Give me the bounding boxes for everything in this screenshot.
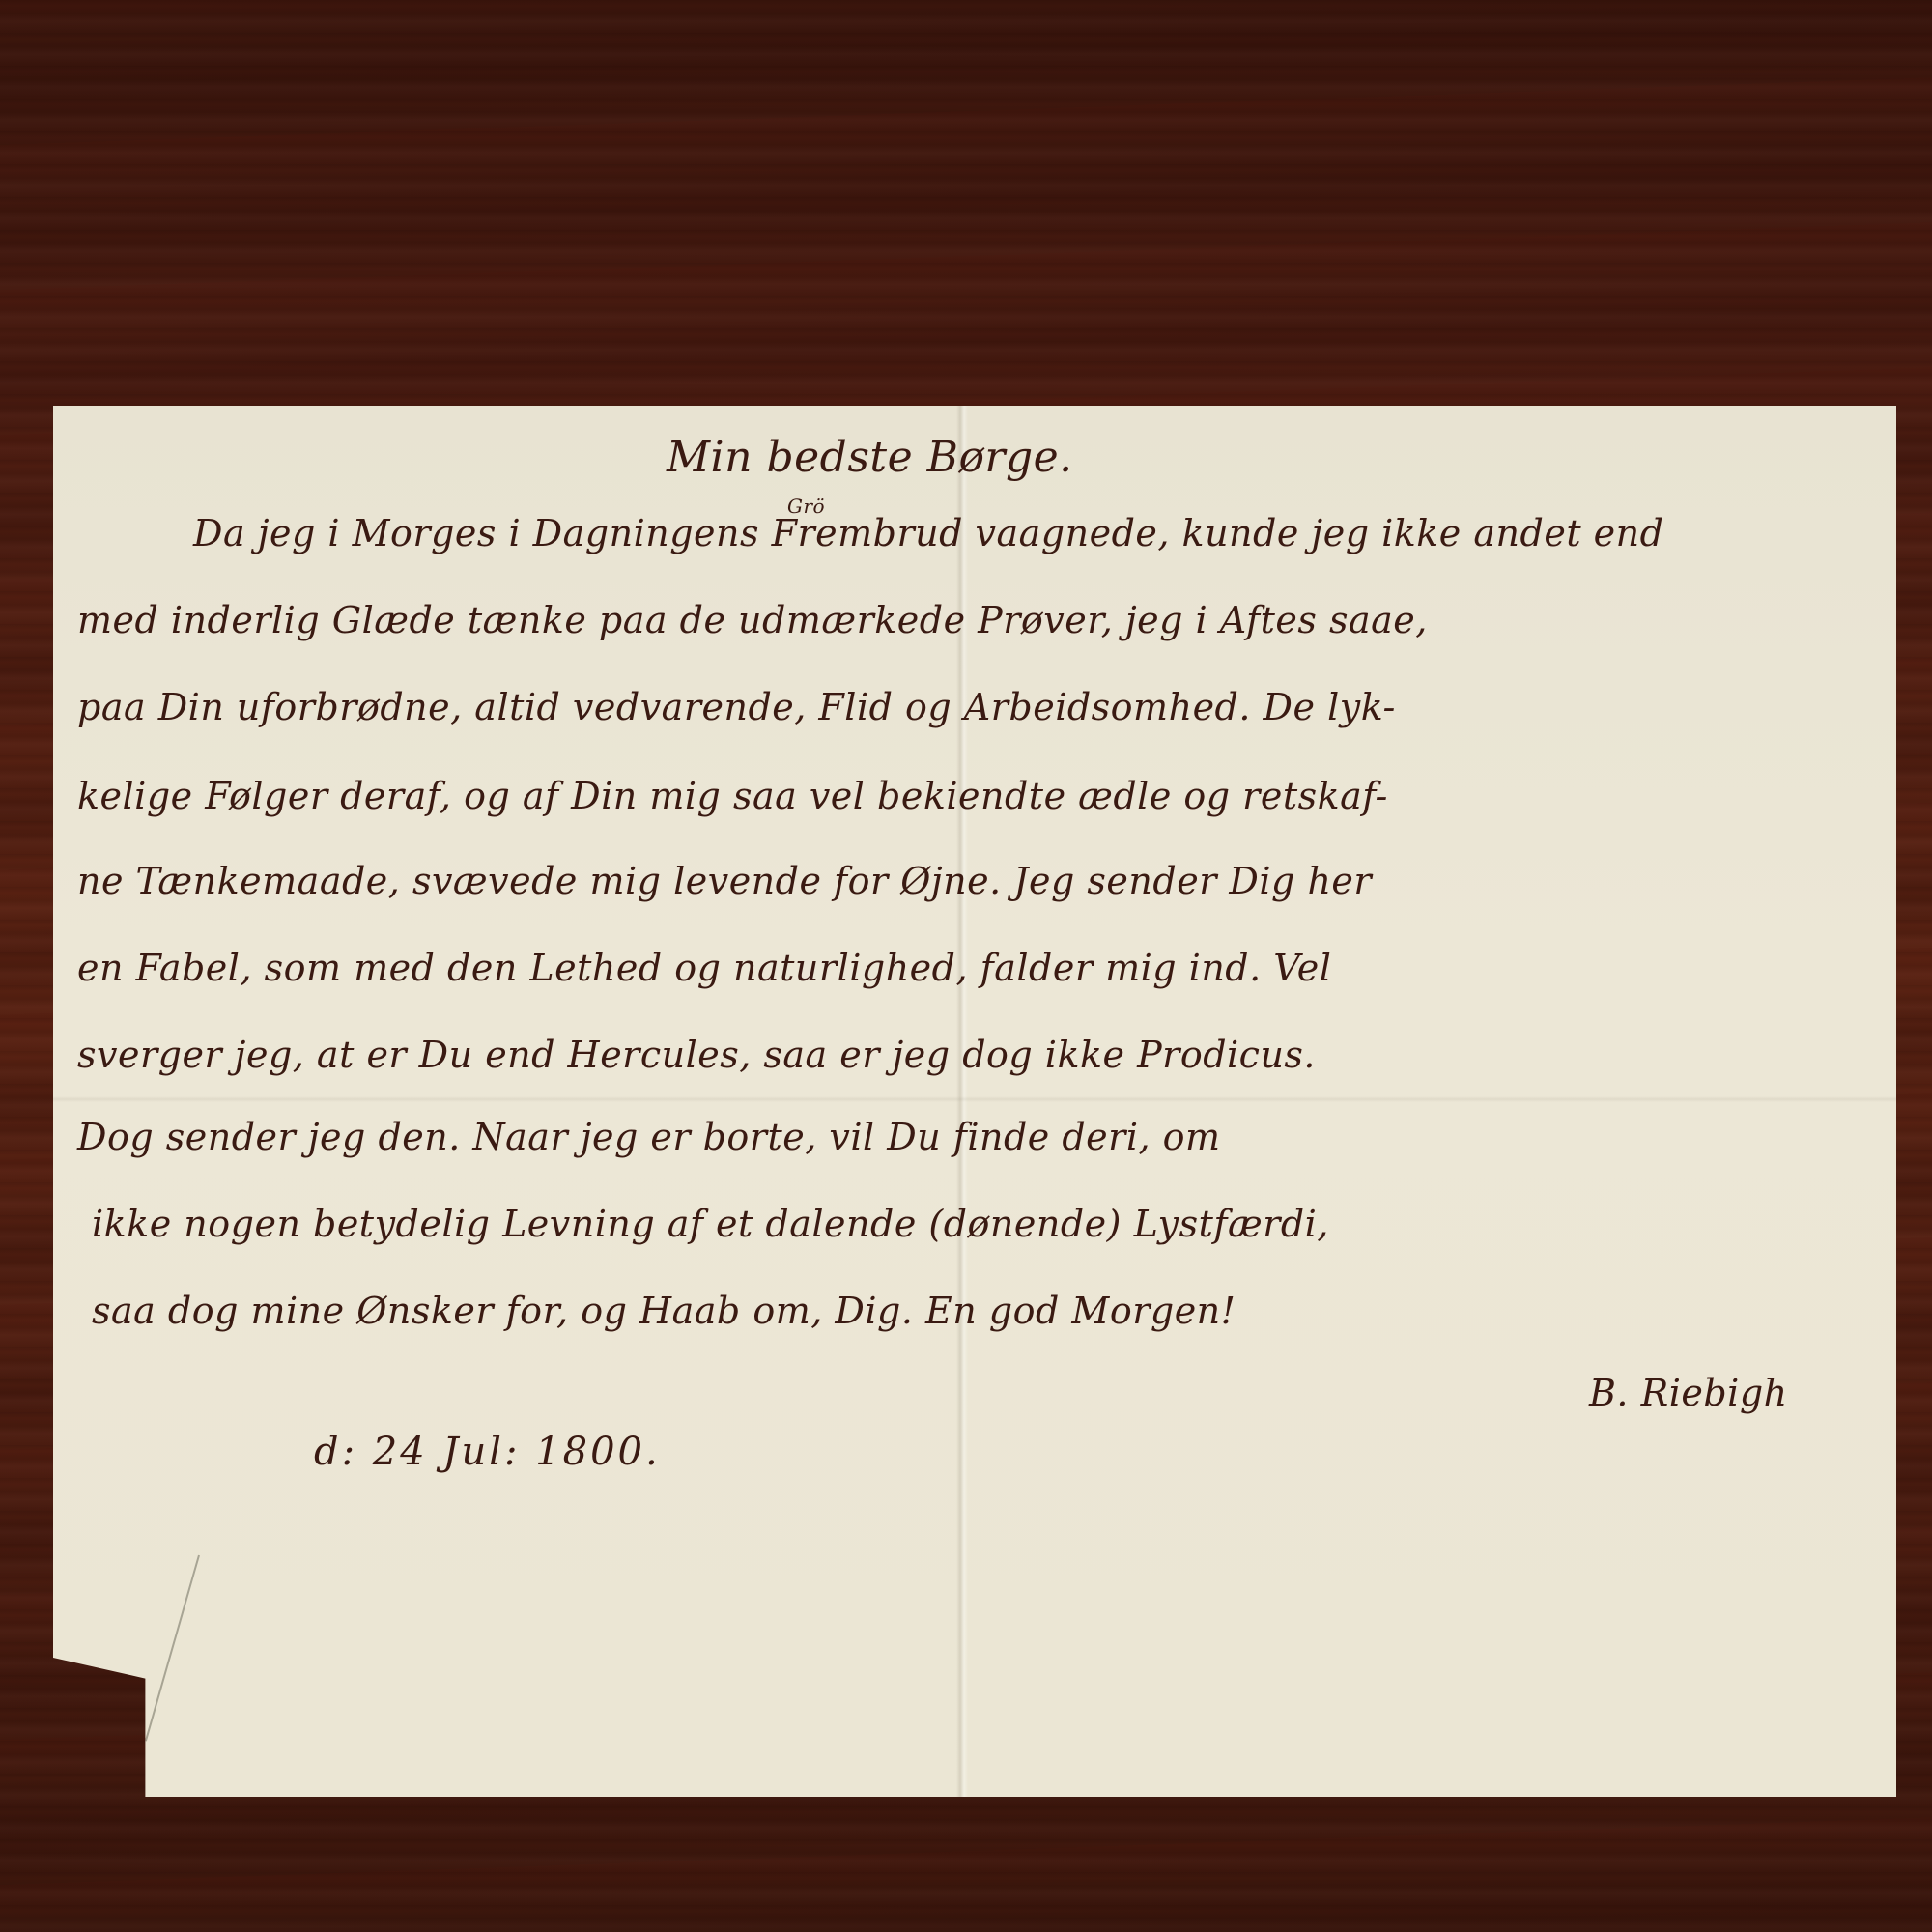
letter-line-6: en Fabel, som med den Lethed og naturlig… [77, 947, 1331, 989]
letter-salutation: Min bedste Børge. [667, 433, 1073, 482]
horizontal-fold-crease [53, 1096, 1896, 1102]
letter-paper: Min bedste Børge. Grö Da jeg i Morges i … [53, 406, 1896, 1797]
letter-line-3: paa Din uforbrødne, altid vedvarende, Fl… [77, 686, 1396, 728]
paper-tear [145, 1555, 200, 1742]
letter-line-2: med inderlig Glæde tænke paa de udmærked… [77, 599, 1428, 641]
letter-line-1: Da jeg i Morges i Dagningens Frembrud va… [193, 512, 1663, 554]
letter-signature: B. Riebigh [1589, 1372, 1788, 1414]
letter-line-10: saa dog mine Ønsker for, og Haab om, Dig… [92, 1290, 1236, 1332]
letter-line-7: sverger jeg, at er Du end Hercules, saa … [77, 1034, 1316, 1076]
letter-line-8: Dog sender jeg den. Naar jeg er borte, v… [77, 1116, 1221, 1158]
letter-line-4: kelige Følger deraf, og af Din mig saa v… [77, 775, 1388, 817]
letter-line-9: ikke nogen betydelig Levning af et dalen… [92, 1203, 1329, 1245]
letter-date: d: 24 Jul: 1800. [314, 1430, 661, 1474]
letter-line-5: ne Tænkemaade, svævede mig levende for Ø… [77, 860, 1372, 902]
